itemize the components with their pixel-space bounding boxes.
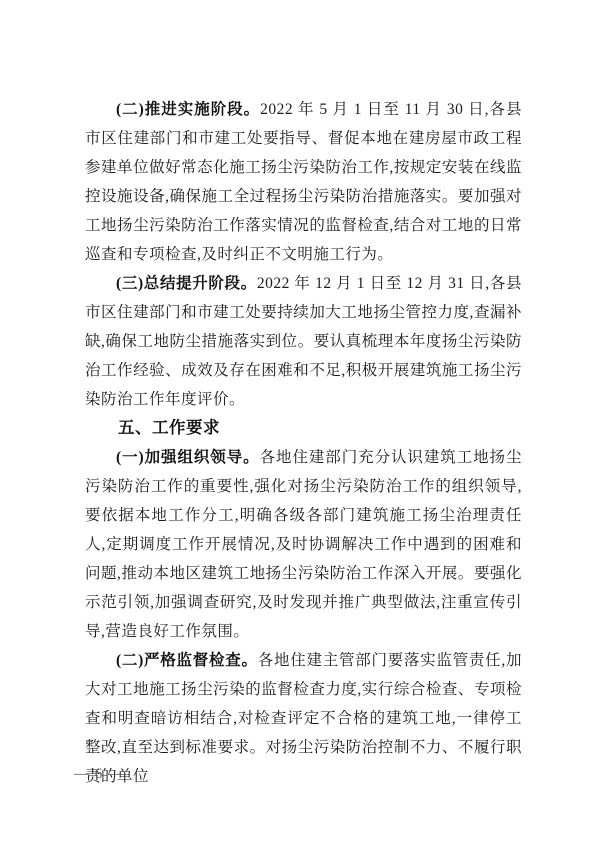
- paragraph-lead-strict-supervision: (二)严格监督检查。: [116, 652, 258, 669]
- paragraph-text-strict-supervision: 各地住建主管部门要落实监管责任,加大对工地施工扬尘污染的监督检查力度,实行综合检…: [85, 652, 522, 785]
- paragraph-stage-implementation: (二)推进实施阶段。2022 年 5 月 1 日至 11 月 30 日,各县市区…: [85, 95, 522, 269]
- paragraph-lead-stage-summary: (三)总结提升阶段。: [116, 275, 257, 292]
- paragraph-text-strengthen-leadership: 各地住建部门充分认识建筑工地扬尘污染防治工作的重要性,强化对扬尘污染防治工作的组…: [85, 449, 522, 640]
- document-body: (二)推进实施阶段。2022 年 5 月 1 日至 11 月 30 日,各县市区…: [85, 95, 522, 791]
- document-page: (二)推进实施阶段。2022 年 5 月 1 日至 11 月 30 日,各县市区…: [0, 0, 600, 848]
- paragraph-lead-stage-implementation: (二)推进实施阶段。: [116, 101, 260, 118]
- paragraph-strengthen-leadership: (一)加强组织领导。各地住建部门充分认识建筑工地扬尘污染防治工作的重要性,强化对…: [85, 443, 522, 646]
- paragraph-stage-summary: (三)总结提升阶段。2022 年 12 月 1 日至 12 月 31 日,各县市…: [85, 269, 522, 414]
- page-number: — 6 —: [74, 764, 124, 784]
- paragraph-strict-supervision: (二)严格监督检查。各地住建主管部门要落实监管责任,加大对工地施工扬尘污染的监督…: [85, 646, 522, 791]
- paragraph-lead-strengthen-leadership: (一)加强组织领导。: [116, 449, 260, 466]
- paragraph-text-stage-summary: 2022 年 12 月 1 日至 12 月 31 日,各县市区住建部门和市建工处…: [85, 275, 522, 408]
- section-heading-work-requirements: 五、工作要求: [85, 414, 522, 443]
- paragraph-text-stage-implementation: 2022 年 5 月 1 日至 11 月 30 日,各县市区住建部门和市建工处要…: [85, 101, 522, 263]
